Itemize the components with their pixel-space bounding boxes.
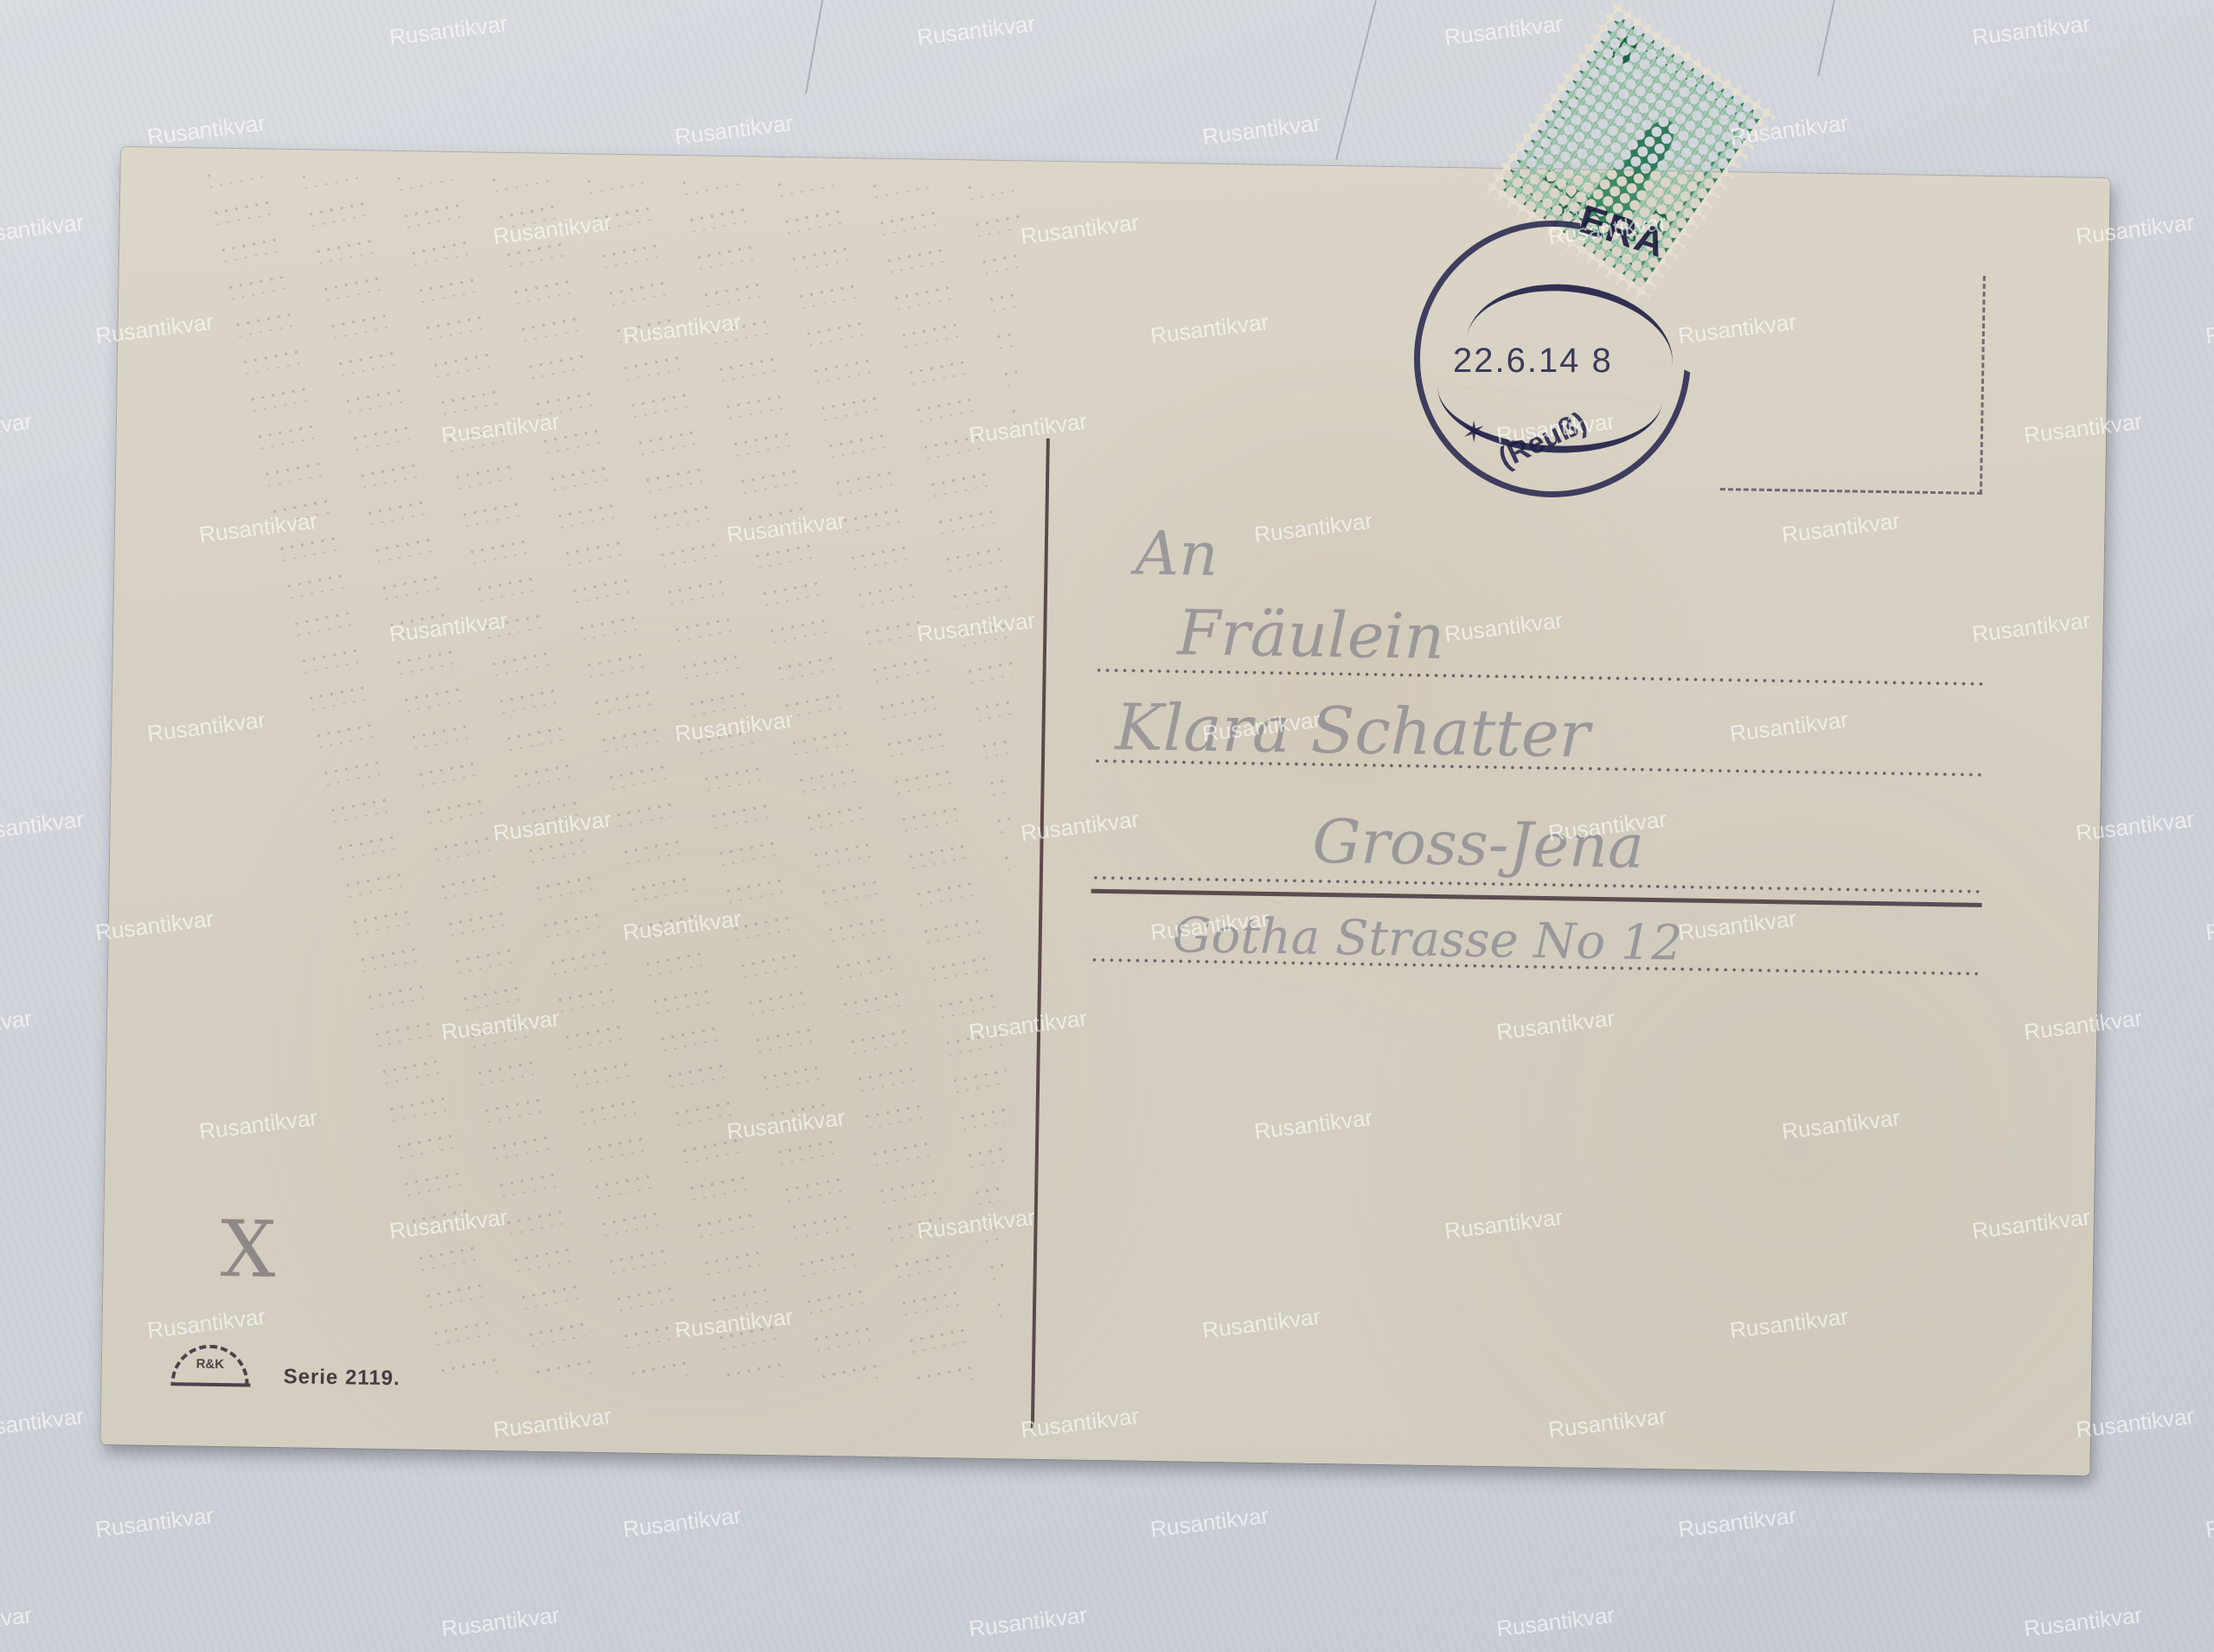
postcard: X R&K Serie 2119. An Fräulein Klara Scha… — [100, 147, 2109, 1476]
series-label: Serie 2119. — [283, 1365, 400, 1393]
stamp-placement-box — [1720, 272, 1986, 495]
logo-text: R&K — [163, 1356, 258, 1373]
postmark-date: 22.6.14 8 — [1453, 342, 1613, 381]
postmark-star-icon: ✶ — [1462, 415, 1487, 450]
handwritten-salutation: An — [1135, 517, 1219, 589]
handwritten-title: Fräulein — [1177, 596, 1445, 673]
handwritten-street: Gotha Strasse No 12 — [1172, 907, 1682, 971]
handwritten-city: Gross-Jena — [1312, 806, 1645, 882]
handwritten-message — [154, 174, 1021, 1380]
publisher-imprint: R&K Serie 2119. — [162, 1337, 400, 1393]
handwritten-x-mark: X — [220, 1204, 277, 1296]
rising-sun-logo-icon: R&K — [162, 1337, 258, 1391]
handwritten-name: Klara Schatter — [1115, 690, 1590, 772]
